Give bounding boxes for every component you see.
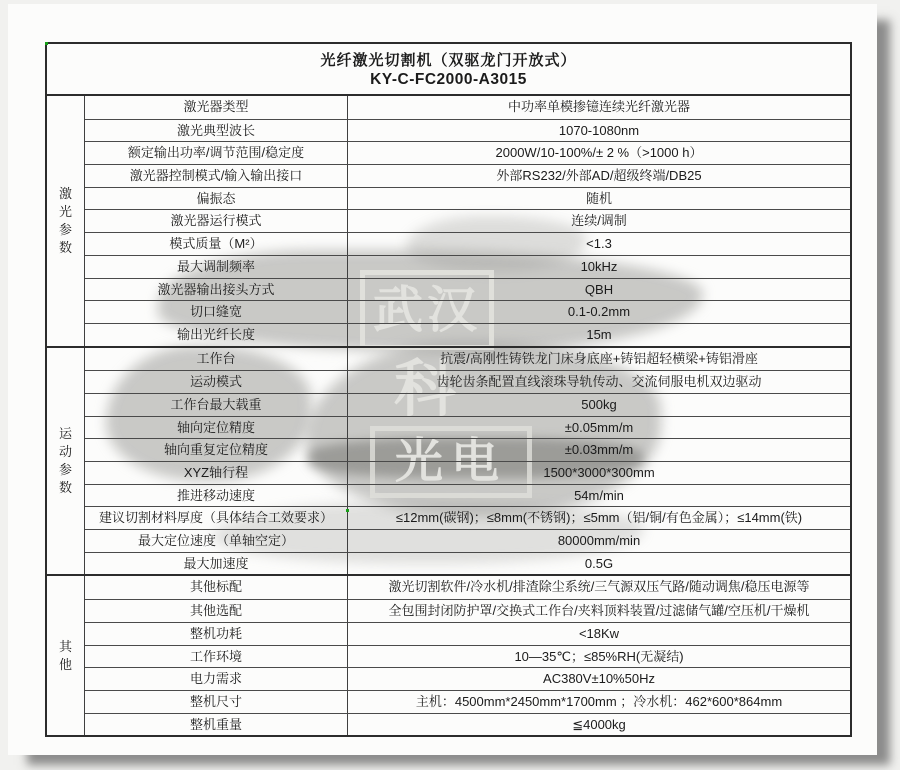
spec-row: 模式质量（M²）<1.3: [85, 232, 850, 255]
spec-row: 其他标配激光切割软件/冷水机/排渣除尘系统/三气源双压气路/随动调焦/稳压电源等: [85, 576, 850, 599]
spec-row: 激光器类型中功率单模掺镱连续光纤激光器: [85, 96, 850, 119]
spec-value: 中功率单模掺镱连续光纤激光器: [348, 96, 850, 119]
spec-label: 偏振态: [85, 188, 348, 210]
spec-label: 激光典型波长: [85, 120, 348, 142]
spec-label: 整机功耗: [85, 623, 348, 645]
spec-value: ≦4000kg: [348, 714, 850, 736]
spec-row: 偏振态随机: [85, 187, 850, 210]
group-label-char: 参: [59, 222, 72, 238]
spec-row: 运动模式齿轮齿条配置直线滚珠导轨传动、交流伺服电机双边驱动: [85, 370, 850, 393]
group-label-char: 参: [59, 462, 72, 478]
spec-value: 抗震/高刚性铸铁龙门床身底座+铸铝超轻横梁+铸铝滑座: [348, 348, 850, 371]
spec-label: 建议切割材料厚度（具体结合工效要求）: [85, 507, 348, 529]
spec-value: 外部RS232/外部AD/超级终端/DB25: [348, 165, 850, 187]
spec-label: 工作台最大载重: [85, 394, 348, 416]
page-background: 武汉 科 光电 光纤激光切割机（双驱龙门开放式） KY-C-FC2000-A30…: [0, 0, 900, 770]
group-label-char: 其: [59, 639, 72, 655]
spec-value: 随机: [348, 188, 850, 210]
spec-row: 激光典型波长1070-1080nm: [85, 119, 850, 142]
spec-value: 54m/min: [348, 485, 850, 507]
spec-label: 工作环境: [85, 646, 348, 668]
spec-value: 齿轮齿条配置直线滚珠导轨传动、交流伺服电机双边驱动: [348, 371, 850, 393]
spec-row: 电力需求AC380V±10%50Hz: [85, 667, 850, 690]
spec-label: 其他标配: [85, 576, 348, 599]
spec-value: 全包围封闭防护罩/交换式工作台/夹料顶料装置/过滤储气罐/空压机/干燥机: [348, 600, 850, 622]
spec-row: 工作台最大载重500kg: [85, 393, 850, 416]
spec-label: 工作台: [85, 348, 348, 371]
spec-value: 激光切割软件/冷水机/排渣除尘系统/三气源双压气路/随动调焦/稳压电源等: [348, 576, 850, 599]
spec-row: 输出光纤长度15m: [85, 323, 850, 346]
spec-row: 激光器运行模式连续/调制: [85, 209, 850, 232]
spec-label: 其他选配: [85, 600, 348, 622]
group-label-char: 运: [59, 426, 72, 442]
section-2: 运动参数工作台抗震/高刚性铸铁龙门床身底座+铸铝超轻横梁+铸铝滑座运动模式齿轮齿…: [47, 346, 850, 575]
spec-label: 推进移动速度: [85, 485, 348, 507]
spec-label: 最大调制频率: [85, 256, 348, 278]
spec-value: ≤12mm(碳钢)；≤8mm(不锈钢)；≤5mm（铝/铜/有色金属）；≤14mm…: [348, 507, 850, 529]
spec-value: 10—35℃；≤85%RH(无凝结): [348, 646, 850, 668]
spec-label: 激光器控制模式/输入输出接口: [85, 165, 348, 187]
spec-value: 80000mm/min: [348, 530, 850, 552]
spec-row: 推进移动速度54m/min: [85, 484, 850, 507]
spec-label: 电力需求: [85, 668, 348, 690]
spec-value: <1.3: [348, 233, 850, 255]
spec-table: 光纤激光切割机（双驱龙门开放式） KY-C-FC2000-A3015 激光参数激…: [45, 42, 852, 737]
spec-row: 整机功耗<18Kw: [85, 622, 850, 645]
table-header: 光纤激光切割机（双驱龙门开放式） KY-C-FC2000-A3015: [47, 44, 850, 94]
spec-value: 1070-1080nm: [348, 120, 850, 142]
spec-row: 切口缝宽0.1-0.2mm: [85, 300, 850, 323]
spec-label: 运动模式: [85, 371, 348, 393]
spec-row: 最大加速度0.5G: [85, 552, 850, 575]
spec-row: 激光器控制模式/输入输出接口外部RS232/外部AD/超级终端/DB25: [85, 164, 850, 187]
spec-label: 输出光纤长度: [85, 324, 348, 346]
group-label-char: 动: [59, 444, 72, 460]
group-label-char: 他: [59, 657, 72, 673]
group-label: 运动参数: [47, 348, 85, 575]
spec-value: 主机：4500mm*2450mm*1700mm ；冷水机：462*600*864…: [348, 691, 850, 713]
spec-value: 连续/调制: [348, 210, 850, 232]
spec-row: 其他选配全包围封闭防护罩/交换式工作台/夹料顶料装置/过滤储气罐/空压机/干燥机: [85, 599, 850, 622]
spec-row: 整机尺寸主机：4500mm*2450mm*1700mm ；冷水机：462*600…: [85, 690, 850, 713]
spec-value: 15m: [348, 324, 850, 346]
spec-label: 额定输出功率/调节范围/稳定度: [85, 142, 348, 164]
spec-value: ±0.03mm/m: [348, 439, 850, 461]
spec-value: 1500*3000*300mm: [348, 462, 850, 484]
spec-row: 激光器输出接头方式QBH: [85, 278, 850, 301]
spec-row: 建议切割材料厚度（具体结合工效要求）≤12mm(碳钢)；≤8mm(不锈钢)；≤5…: [85, 506, 850, 529]
green-pixel-artifact: [45, 42, 48, 45]
spec-label: 最大加速度: [85, 553, 348, 575]
spec-label: 最大定位速度（单轴空定）: [85, 530, 348, 552]
spec-label: XYZ轴行程: [85, 462, 348, 484]
spec-row: XYZ轴行程1500*3000*300mm: [85, 461, 850, 484]
spec-label: 激光器类型: [85, 96, 348, 119]
group-label-char: 光: [59, 204, 72, 220]
spec-value: <18Kw: [348, 623, 850, 645]
spec-value: ±0.05mm/m: [348, 417, 850, 439]
group-label-char: 数: [59, 240, 72, 256]
spec-value: 500kg: [348, 394, 850, 416]
spec-value: AC380V±10%50Hz: [348, 668, 850, 690]
spec-row: 最大调制频率10kHz: [85, 255, 850, 278]
spec-row: 轴向定位精度±0.05mm/m: [85, 416, 850, 439]
group-label-char: 激: [59, 186, 72, 202]
spec-row: 整机重量≦4000kg: [85, 713, 850, 736]
spec-label: 轴向定位精度: [85, 417, 348, 439]
product-model: KY-C-FC2000-A3015: [370, 71, 527, 89]
spec-label: 激光器运行模式: [85, 210, 348, 232]
spec-value: 0.5G: [348, 553, 850, 575]
spec-label: 切口缝宽: [85, 301, 348, 323]
spec-value: 10kHz: [348, 256, 850, 278]
group-label-char: 数: [59, 480, 72, 496]
spec-table-body: 激光参数激光器类型中功率单模掺镱连续光纤激光器激光典型波长1070-1080nm…: [47, 94, 850, 735]
spec-value: 0.1-0.2mm: [348, 301, 850, 323]
section-1: 激光参数激光器类型中功率单模掺镱连续光纤激光器激光典型波长1070-1080nm…: [47, 94, 850, 346]
green-pixel-artifact: [346, 509, 349, 512]
spec-value: 2000W/10-100%/± 2 %（>1000 h）: [348, 142, 850, 164]
group-label: 激光参数: [47, 96, 85, 346]
spec-row: 最大定位速度（单轴空定）80000mm/min: [85, 529, 850, 552]
paper-sheet: 武汉 科 光电 光纤激光切割机（双驱龙门开放式） KY-C-FC2000-A30…: [8, 4, 877, 755]
spec-label: 整机重量: [85, 714, 348, 736]
product-title: 光纤激光切割机（双驱龙门开放式）: [320, 49, 576, 70]
spec-label: 轴向重复定位精度: [85, 439, 348, 461]
group-label: 其他: [47, 576, 85, 735]
spec-value: QBH: [348, 279, 850, 301]
spec-label: 激光器输出接头方式: [85, 279, 348, 301]
spec-label: 整机尺寸: [85, 691, 348, 713]
spec-row: 轴向重复定位精度±0.03mm/m: [85, 438, 850, 461]
spec-row: 工作台抗震/高刚性铸铁龙门床身底座+铸铝超轻横梁+铸铝滑座: [85, 348, 850, 371]
spec-label: 模式质量（M²）: [85, 233, 348, 255]
spec-row: 额定输出功率/调节范围/稳定度2000W/10-100%/± 2 %（>1000…: [85, 141, 850, 164]
spec-row: 工作环境10—35℃；≤85%RH(无凝结): [85, 645, 850, 668]
section-3: 其他其他标配激光切割软件/冷水机/排渣除尘系统/三气源双压气路/随动调焦/稳压电…: [47, 574, 850, 735]
